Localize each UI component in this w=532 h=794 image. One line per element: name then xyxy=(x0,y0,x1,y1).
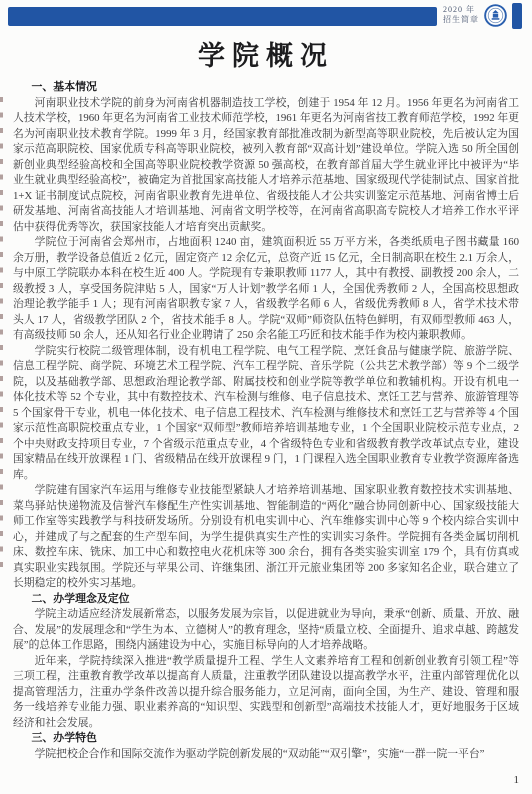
scan-artifact xyxy=(0,97,3,577)
section-philosophy: 二、办学理念及定位 学院主动适应经济发展新常态，以服务发展为宗旨，以促进就业为导… xyxy=(13,592,519,732)
paragraph: 学院实行校院二级管理体制，设有机电工程学院、电气工程学院、烹饪食品与健康学院、旅… xyxy=(13,344,519,484)
section-heading: 一、基本情况 xyxy=(13,80,519,96)
section-features: 三、办学特色 学院把校企合作和国际交流作为驱动学院创新发展的“双动能”“双引擎”… xyxy=(13,731,519,762)
document-body: 一、基本情况 河南职业技术学院的前身为河南省机器制造技工学校，创建于 1954 … xyxy=(13,80,519,768)
page-title: 学院概况 xyxy=(0,40,532,72)
edition-name: 招生简章 xyxy=(443,15,479,25)
paragraph: 河南职业技术学院的前身为河南省机器制造技工学校，创建于 1954 年 12 月。… xyxy=(13,96,519,236)
paragraph: 学院主动适应经济发展新常态，以服务发展为宗旨，以促进就业为导向，秉承“创新、质量… xyxy=(13,607,519,654)
header-edge-bar xyxy=(512,3,522,29)
paragraph: 学院位于河南省会郑州市，占地面积 1240 亩，建筑面积近 55 万平方米，各类… xyxy=(13,235,519,344)
college-badge-icon xyxy=(484,4,507,27)
edition-year: 2020 年 xyxy=(443,5,479,15)
page-header: 2020 年 招生简章 xyxy=(0,0,532,32)
edition-label: 2020 年 招生简章 xyxy=(443,5,479,25)
header-accent-bar xyxy=(8,7,437,26)
paragraph: 学院建有国家汽车运用与维修专业技能型紧缺人才培养培训基地、国家职业教育数控技术实… xyxy=(13,483,519,592)
paragraph: 近年来，学院持续深入推进“教学质量提升工程、学生人文素养培育工程和创新创业教育引… xyxy=(13,654,519,732)
paragraph: 学院把校企合作和国际交流作为驱动学院创新发展的“双动能”“双引擎”，实施“一群一… xyxy=(13,747,519,763)
section-heading: 三、办学特色 xyxy=(13,731,519,747)
section-basic-info: 一、基本情况 河南职业技术学院的前身为河南省机器制造技工学校，创建于 1954 … xyxy=(13,80,519,592)
section-heading: 二、办学理念及定位 xyxy=(13,592,519,608)
page-number: 1 xyxy=(514,774,520,786)
brochure-page: 2020 年 招生简章 学院概况 一、基本情况 河南职业技术学院的前身为河南省机… xyxy=(0,0,532,794)
